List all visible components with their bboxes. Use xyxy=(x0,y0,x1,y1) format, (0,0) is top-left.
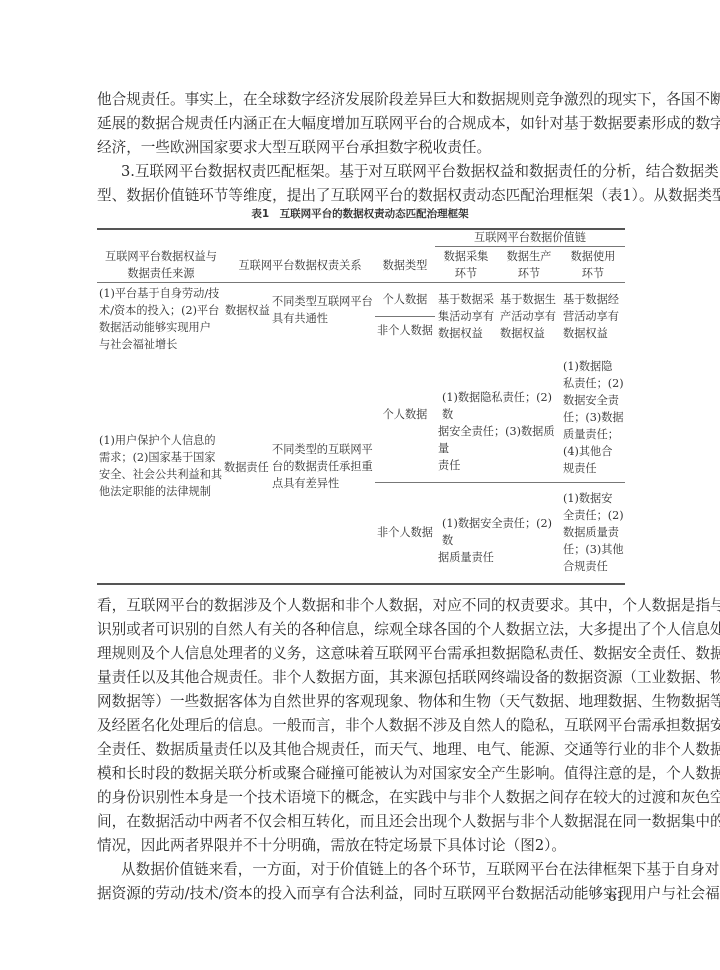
header-stage-line: 环节 xyxy=(561,265,625,282)
cell-line: (4)其他合 xyxy=(563,443,625,460)
row-responsibility-nonpersonal-use: (1)数据安 全责任；(2) 数据质量责 任；(3)其他 合规责任 xyxy=(563,490,625,575)
text-line: 及经匿名化处理后的信息。一般而言，非个人数据不涉及自然人的隐私，互联网平台需承担… xyxy=(97,717,627,735)
data-type-divider-responsibility xyxy=(375,482,625,483)
cell-line: 不同类型互联网平台 xyxy=(272,293,376,310)
text-line: 延展的数据合规责任内涵正在大幅度增加互联网平台的合规成本，如针对基于数据要素形成… xyxy=(97,115,627,133)
header-stage-produce: 数据生产 环节 xyxy=(497,248,561,282)
cell-line: 数据权益 xyxy=(438,325,500,342)
text-line: 3.互联网平台数据权责匹配框架。基于对互联网平台数据权益和数据责任的分析，结合数… xyxy=(121,163,627,181)
cell-line: 据质量责任 xyxy=(438,549,562,566)
cell-line: 合规责任 xyxy=(563,558,625,575)
cell-line: 数据权益 xyxy=(500,325,562,342)
cell-line: 点具有差异性 xyxy=(272,475,376,492)
cell-line: 任；(3)数据 xyxy=(563,409,625,426)
cell-line: (1)数据隐私责任；(2)数 xyxy=(438,389,562,423)
cell-line: 数据权益 xyxy=(563,325,625,342)
cell-line: 不同类型的互联网平 xyxy=(272,441,376,458)
data-type-divider-rights xyxy=(375,316,435,317)
cell-line: 基于数据经 xyxy=(563,291,625,308)
row-rights-stage-produce: 基于数据生 产活动享有 数据权益 xyxy=(500,291,562,342)
header-stage-line: 数据生产 xyxy=(497,248,561,265)
page-number: 61 xyxy=(608,890,625,905)
cell-line: 具有共通性 xyxy=(272,310,376,327)
cell-line: 规责任 xyxy=(563,460,625,477)
header-source: 互联网平台数据权益与 数据责任来源 xyxy=(97,248,225,282)
header-source-line: 互联网平台数据权益与 xyxy=(97,248,225,265)
header-data-type: 数据类型 xyxy=(375,257,435,274)
text-line: 理规则及个人信息处理者的义务，这意味着互联网平台需承担数据隐私责任、数据安全责任… xyxy=(97,645,627,663)
text-line: 全责任、数据质量责任以及其他合规责任，而天气、地理、电气、能源、交通等行业的非个… xyxy=(97,741,627,759)
cell-line: 他法定职能的法律规制 xyxy=(99,483,225,500)
header-stage-collect: 数据采集 环节 xyxy=(435,248,497,282)
text-line: 量责任以及其他合规责任。非个人数据方面，其来源包括联网终端设备的数据资源（工业数… xyxy=(97,669,627,687)
header-stage-line: 环节 xyxy=(497,265,561,282)
cell-line: 质量责任； xyxy=(563,426,625,443)
cell-line: (1)数据隐 xyxy=(563,358,625,375)
cell-line: (1)用户保护个人信息的 xyxy=(99,432,225,449)
text-line: 的身份识别性本身是一个技术语境下的概念，在实践中与非个人数据之间存在较大的过渡和… xyxy=(97,789,627,807)
cell-line: 全责任；(2) xyxy=(563,507,625,524)
text-line: 模和长时段的数据关联分析或聚合碰撞可能被认为对国家安全产生影响。值得注意的是，个… xyxy=(97,765,627,783)
cell-line: 营活动享有 xyxy=(563,308,625,325)
cell-line: 数据活动能够实现用户 xyxy=(99,319,225,336)
cell-line: 术/资本的投入；(2)平台 xyxy=(99,302,225,319)
cell-line: 台的数据责任承担重 xyxy=(272,458,376,475)
row-rights-type: 数据权益 xyxy=(225,302,270,319)
text-line: 看，互联网平台的数据涉及个人数据和非个人数据，对应不同的权责要求。其中，个人数据… xyxy=(97,597,627,615)
row-responsibility-desc: 不同类型的互联网平 台的数据责任承担重 点具有差异性 xyxy=(272,441,376,492)
cell-line: 据安全责任；(3)数据质量 xyxy=(438,423,562,457)
table-bottom-rule xyxy=(97,583,625,585)
text-line: 网数据等）一些数据客体为自然世界的客观现象、物体和生物（天气数据、地理数据、生物… xyxy=(97,693,627,711)
text-line: 据资源的劳动/技术/资本的投入而享有合法利益，同时互联网平台数据活动能够实现用户… xyxy=(97,885,627,903)
cell-line: 需求；(2)国家基于国家 xyxy=(99,449,225,466)
header-value-chain: 互联网平台数据价值链 xyxy=(435,229,625,246)
row-responsibility-source: (1)用户保护个人信息的 需求；(2)国家基于国家 安全、社会公共利益和其 他法… xyxy=(99,432,225,500)
header-bottom-rule xyxy=(97,282,625,283)
text-line: 识别或者可识别的自然人有关的各种信息，综观全球各国的个人数据立法，大多提出了个人… xyxy=(97,621,627,639)
cell-line: 数据质量责 xyxy=(563,524,625,541)
row-responsibility-personal-use: (1)数据隐 私责任；(2) 数据安全责 任；(3)数据 质量责任； (4)其他… xyxy=(563,358,625,477)
cell-line: 责任 xyxy=(438,457,562,474)
cell-line: 基于数据采 xyxy=(438,291,500,308)
row-rights-desc: 不同类型互联网平台 具有共通性 xyxy=(272,293,376,327)
row-responsibility-data-type-personal: 个人数据 xyxy=(375,406,435,423)
cell-line: 基于数据生 xyxy=(500,291,562,308)
row-responsibility-data-type-nonpersonal: 非个人数据 xyxy=(373,524,437,541)
cell-line: (1)平台基于自身劳动/技 xyxy=(99,285,225,302)
cell-line: 私责任；(2) xyxy=(563,375,625,392)
cell-line: 安全、社会公共利益和其 xyxy=(99,466,225,483)
row-rights-stage-use: 基于数据经 营活动享有 数据权益 xyxy=(563,291,625,342)
cell-line: 任；(3)其他 xyxy=(563,541,625,558)
row-rights-stage-collect: 基于数据采 集活动享有 数据权益 xyxy=(438,291,500,342)
text-line: 情况，因此两者界限并不十分明确，需放在特定场景下具体讨论（图2）。 xyxy=(97,837,627,855)
cell-line: 集活动享有 xyxy=(438,308,500,325)
header-source-line: 数据责任来源 xyxy=(97,265,225,282)
cell-line: (1)数据安 xyxy=(563,490,625,507)
cell-line: 与社会福祉增长 xyxy=(99,336,225,353)
header-stage-line: 数据使用 xyxy=(561,248,625,265)
cell-line: 产活动享有 xyxy=(500,308,562,325)
text-line: 型、数据价值链环节等维度，提出了互联网平台的数据权责动态匹配治理框架（表1）。从… xyxy=(97,187,627,205)
row-rights-data-type-nonpersonal: 非个人数据 xyxy=(373,322,437,339)
row-responsibility-type: 数据责任 xyxy=(224,459,269,476)
table-caption: 表1 互联网平台的数据权责动态匹配治理框架 xyxy=(0,206,720,221)
header-stage-use: 数据使用 环节 xyxy=(561,248,625,282)
cell-line: (1)数据安全责任；(2)数 xyxy=(438,515,562,549)
row-responsibility-nonpersonal-collect-produce: (1)数据安全责任；(2)数 据质量责任 xyxy=(438,515,562,566)
header-stage-line: 环节 xyxy=(435,265,497,282)
value-chain-header-rule xyxy=(435,246,625,247)
text-line: 间，在数据活动中两者不仅会相互转化，而且还会出现个人数据与非个人数据混在同一数据… xyxy=(97,813,627,831)
row-rights-source: (1)平台基于自身劳动/技 术/资本的投入；(2)平台 数据活动能够实现用户 与… xyxy=(99,285,225,353)
header-stage-line: 数据采集 xyxy=(435,248,497,265)
row-responsibility-personal-collect-produce: (1)数据隐私责任；(2)数 据安全责任；(3)数据质量 责任 xyxy=(438,389,562,474)
cell-line: 数据安全责 xyxy=(563,392,625,409)
text-line: 他合规责任。事实上，在全球数字经济发展阶段差异巨大和数据规则竞争激烈的现实下，各… xyxy=(97,91,627,109)
header-relation: 互联网平台数据权责关系 xyxy=(225,257,375,274)
text-line: 从数据价值链来看，一方面，对于价值链上的各个环节，互联网平台在法律框架下基于自身… xyxy=(121,861,627,879)
row-rights-data-type-personal: 个人数据 xyxy=(375,291,435,308)
text-line: 经济，一些欧洲国家要求大型互联网平台承担数字税收责任。 xyxy=(97,139,627,157)
